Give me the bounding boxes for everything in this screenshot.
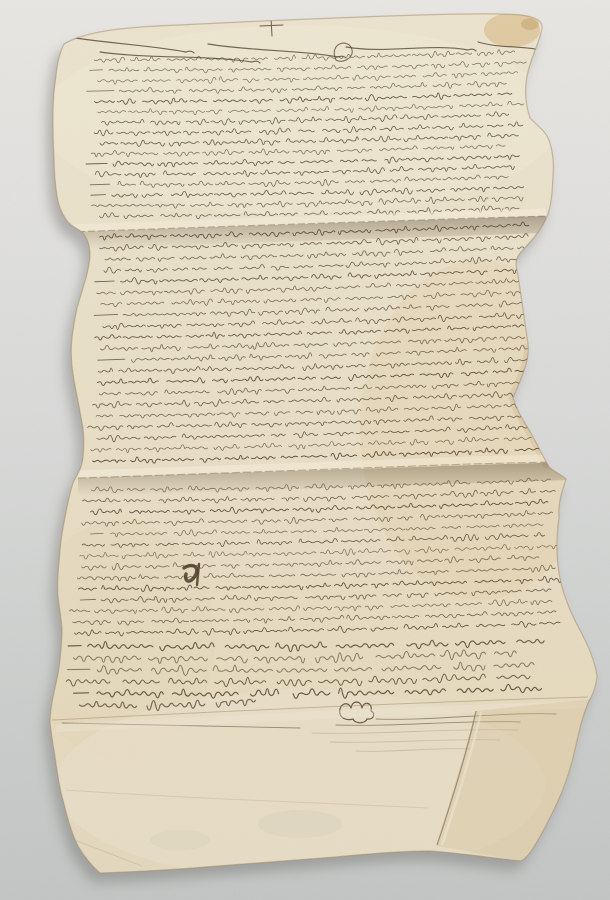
manuscript-photo	[0, 0, 610, 900]
photo-grain	[0, 0, 610, 900]
photo	[0, 0, 610, 900]
